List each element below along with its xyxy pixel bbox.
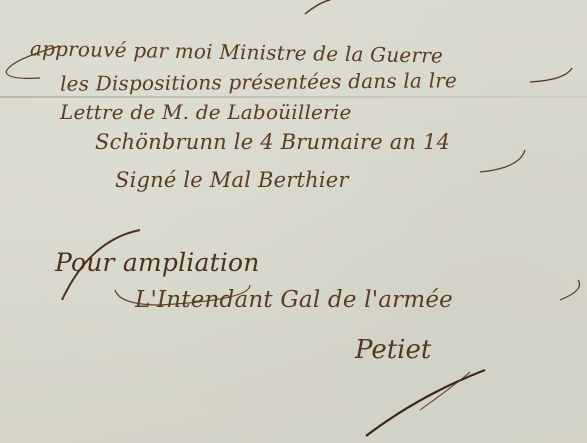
line-signed-by: Signé le Mal Berthier <box>115 168 349 192</box>
line-place-date: Schönbrunn le 4 Brumaire an 14 <box>95 130 450 154</box>
line-pour-ampliation: Pour ampliation <box>55 248 260 277</box>
line-dispositions: les Dispositions présentées dans la lre <box>60 68 457 95</box>
ink-flourishes <box>0 0 587 443</box>
paper-fold-line <box>0 96 587 98</box>
line-intendant-title: L'Intendant Gal de l'armée <box>135 287 453 313</box>
line-letter-reference: Lettre de M. de Laboüillerie <box>60 100 351 124</box>
signature: Petiet <box>355 335 431 365</box>
line-approval: approuvé par moi Ministre de la Guerre <box>30 36 443 67</box>
document-page: approuvé par moi Ministre de la Guerre l… <box>0 0 587 443</box>
